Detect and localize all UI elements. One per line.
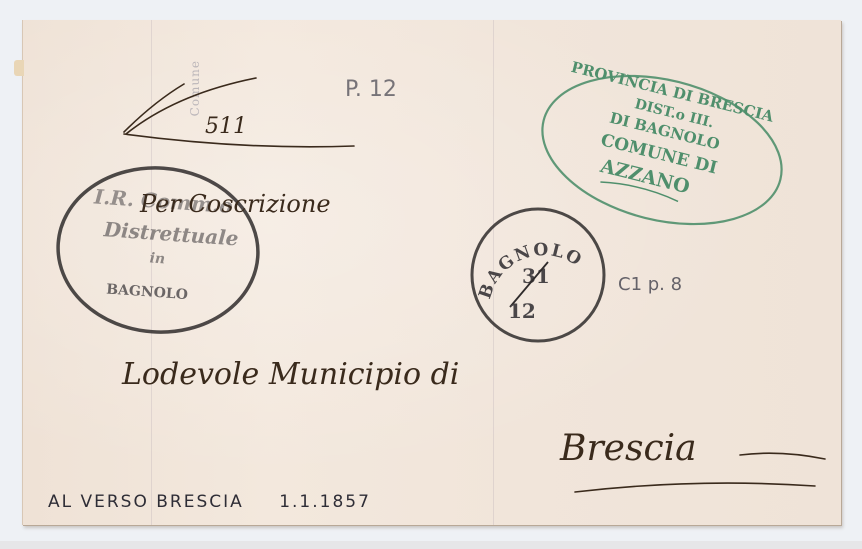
ink-layer: PROVINCIA DI BRESCIA DIST.o III. DI BAGN… — [0, 0, 862, 549]
addressee-line: Lodevole Municipio di — [121, 357, 459, 392]
official-oval-stamp: I.R. Comm.o Distrettuale in BAGNOLO — [53, 161, 264, 339]
catalog-note: C1 p. 8 — [618, 274, 682, 295]
official-line-3: in — [149, 250, 166, 267]
bottom-pencil-note: AL VERSO BRESCIA 1.1.1857 — [48, 492, 371, 512]
manuscript-number: N. 511 511 — [124, 78, 354, 147]
bottom-note-date: 1.1.1857 — [279, 492, 371, 512]
bottom-note-text: AL VERSO BRESCIA — [48, 492, 244, 512]
postmark: BAGNOLO 31 12 — [472, 209, 604, 341]
official-line-4: BAGNOLO — [106, 282, 189, 304]
reference-note: P. 12 — [345, 77, 397, 102]
postmark-month: 12 — [508, 299, 536, 323]
subject-line: Per Coscrizione — [139, 190, 331, 218]
official-line-2: Distrettuale — [102, 217, 239, 250]
sender-oval-stamp: PROVINCIA DI BRESCIA DIST.o III. DI BAGN… — [527, 53, 798, 248]
destination: Brescia — [559, 428, 697, 469]
svg-text:511: 511 — [205, 114, 247, 139]
